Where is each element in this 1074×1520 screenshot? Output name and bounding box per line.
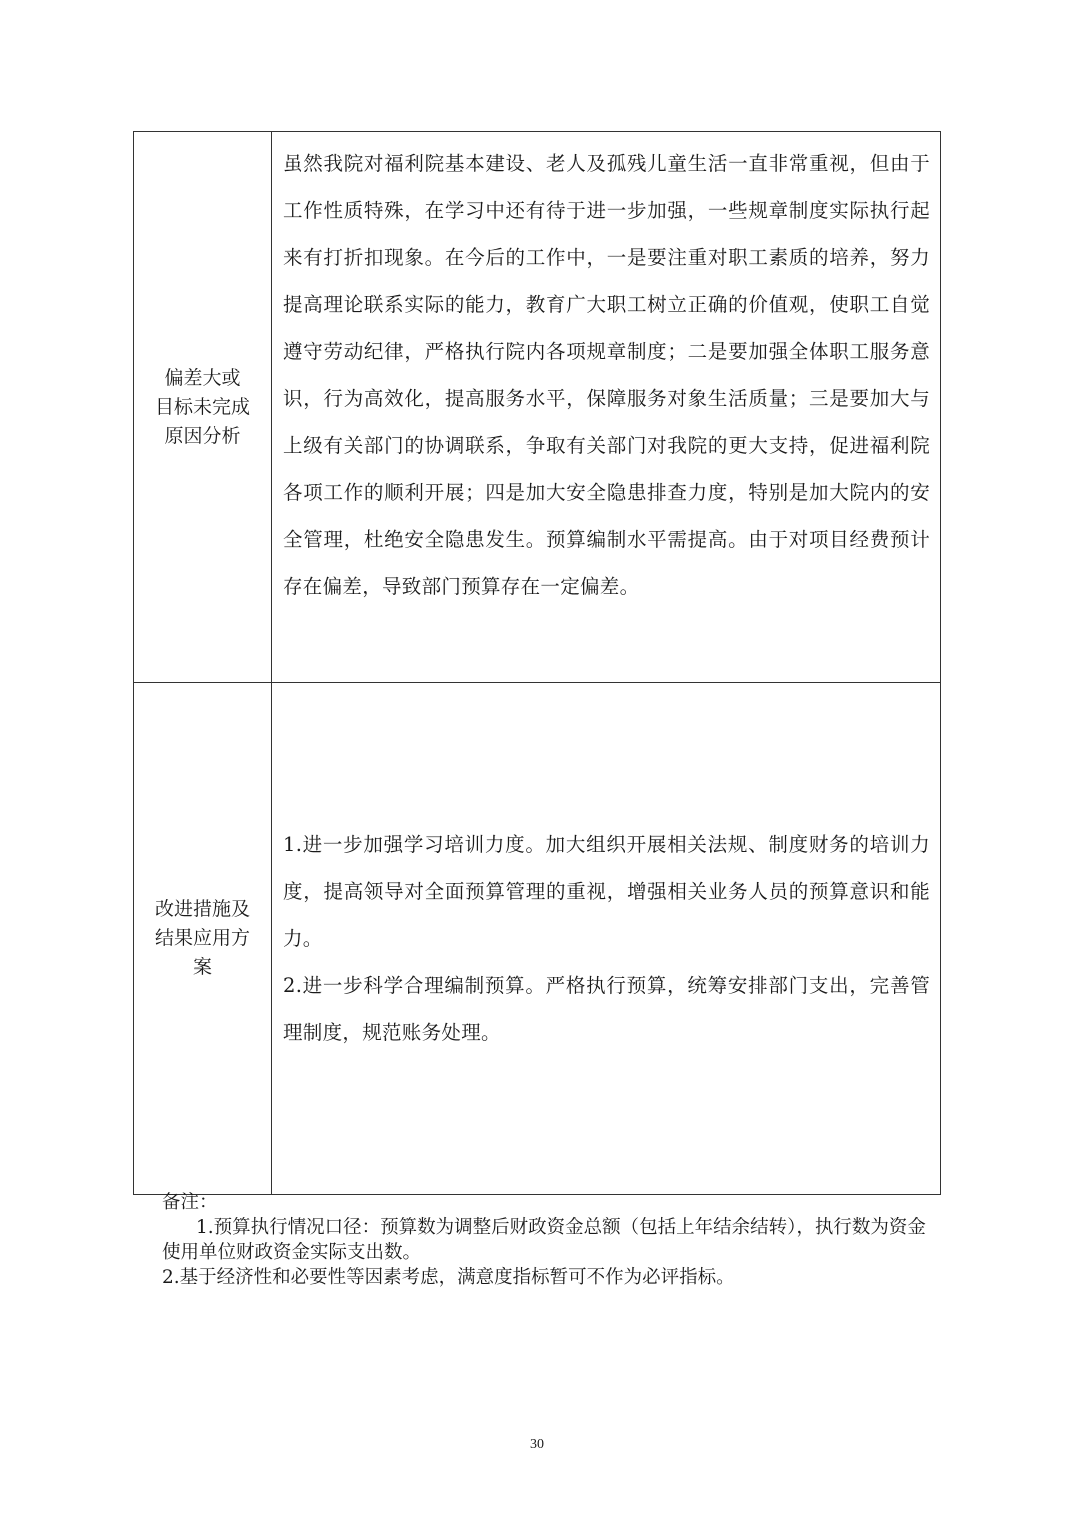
notes-item-2: 2.基于经济性和必要性等因素考虑，满意度指标暂可不作为必评指标。 <box>162 1265 932 1290</box>
notes-title: 备注： <box>162 1190 932 1215</box>
label-line: 结果应用方 <box>134 924 271 953</box>
row-content-deviation-analysis: 虽然我院对福利院基本建设、老人及孤残儿童生活一直非常重视，但由于工作性质特殊，在… <box>272 132 941 683</box>
evaluation-table: 偏差大或 目标未完成 原因分析 虽然我院对福利院基本建设、老人及孤残儿童生活一直… <box>133 131 941 1195</box>
notes-item-1: 1.预算执行情况口径：预算数为调整后财政资金总额（包括上年结余结转），执行数为资… <box>162 1215 932 1265</box>
label-line: 案 <box>134 953 271 982</box>
notes-section: 备注： 1.预算执行情况口径：预算数为调整后财政资金总额（包括上年结余结转），执… <box>162 1190 932 1290</box>
label-line: 偏差大或 <box>134 364 271 393</box>
table-row-deviation-analysis: 偏差大或 目标未完成 原因分析 虽然我院对福利院基本建设、老人及孤残儿童生活一直… <box>134 132 941 683</box>
row-content-improvement-measures: 1.进一步加强学习培训力度。加大组织开展相关法规、制度财务的培训力度，提高领导对… <box>272 683 941 1195</box>
content-paragraph: 虽然我院对福利院基本建设、老人及孤残儿童生活一直非常重视，但由于工作性质特殊，在… <box>283 140 930 610</box>
content-paragraph: 1.进一步加强学习培训力度。加大组织开展相关法规、制度财务的培训力度，提高领导对… <box>283 821 930 962</box>
page-number: 30 <box>0 1437 1074 1453</box>
label-line: 原因分析 <box>134 422 271 451</box>
label-line: 目标未完成 <box>134 393 271 422</box>
table-row-improvement-measures: 改进措施及 结果应用方 案 1.进一步加强学习培训力度。加大组织开展相关法规、制… <box>134 683 941 1195</box>
label-line: 改进措施及 <box>134 895 271 924</box>
row-label-deviation-analysis: 偏差大或 目标未完成 原因分析 <box>134 132 272 683</box>
row-label-improvement-measures: 改进措施及 结果应用方 案 <box>134 683 272 1195</box>
content-paragraph: 2.进一步科学合理编制预算。严格执行预算，统筹安排部门支出，完善管理制度，规范账… <box>283 962 930 1056</box>
